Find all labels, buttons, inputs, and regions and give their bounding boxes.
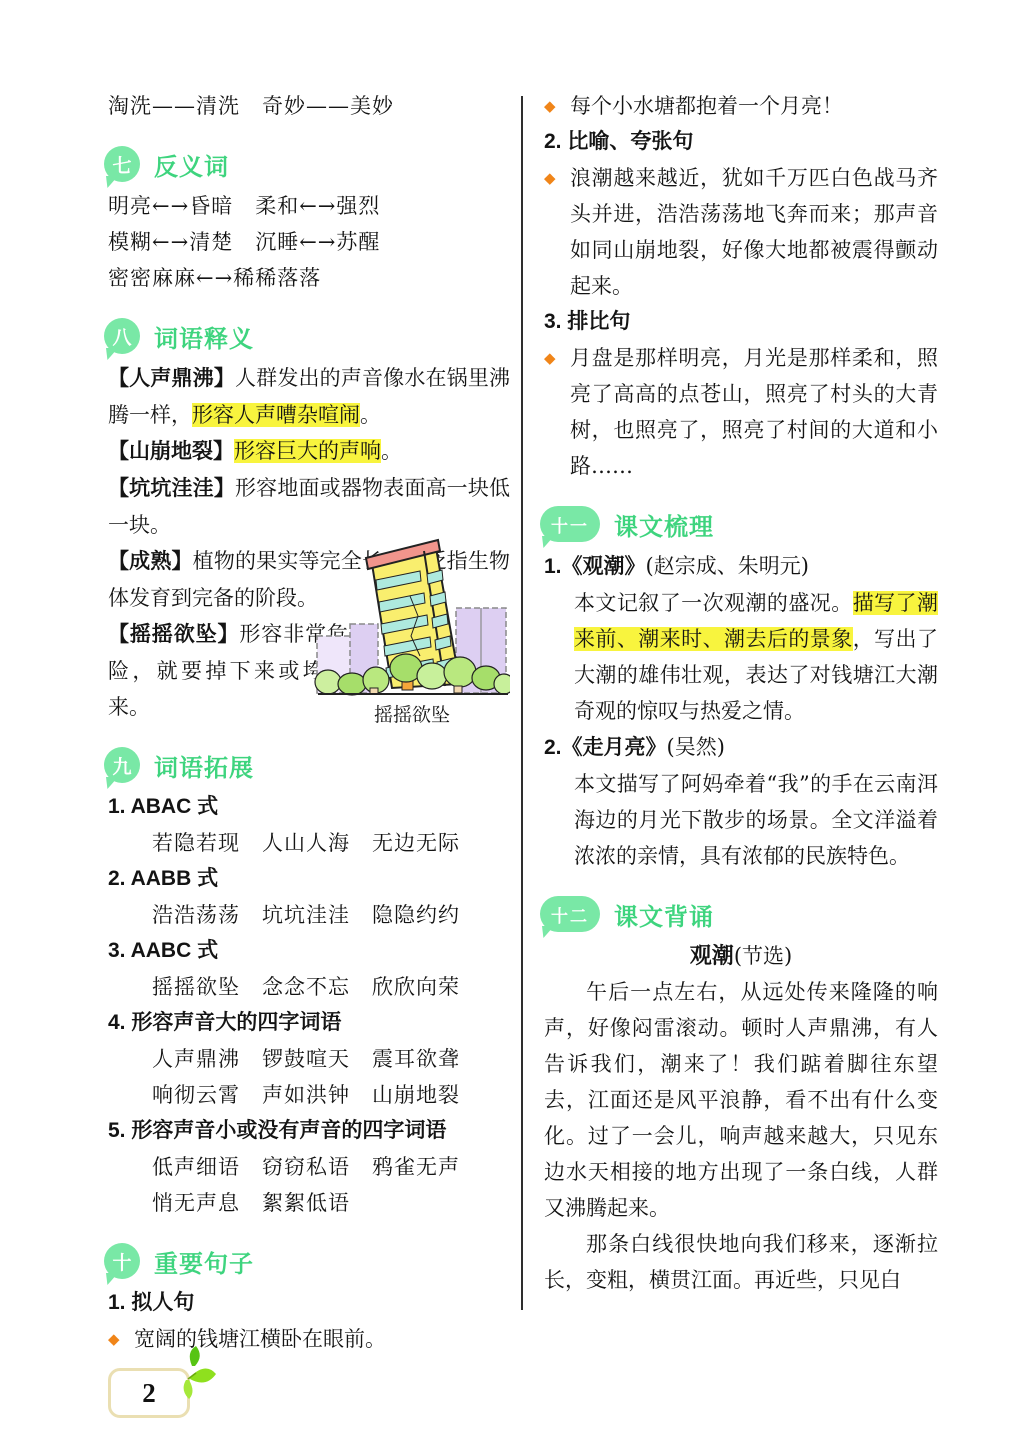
lesson-heading: 2.《走月亮》(吴然) [544, 729, 938, 766]
lesson-summary: 本文记叙了一次观潮的盛况。描写了潮来前、潮来时、潮去后的景象，写出了大潮的雄伟壮… [544, 585, 938, 729]
sentence-text: 月盘是那样明亮，月光是那样柔和，照亮了高高的点苍山，照亮了村头的大青树，也照亮了… [570, 340, 938, 484]
diamond-bullet-icon: ◆ [108, 1321, 134, 1357]
group-items: 人声鼎沸 锣鼓喧天 震耳欲聋 [108, 1041, 510, 1077]
recitation-paragraph: 那条白线很快地向我们移来，逐渐拉长，变粗，横贯江面。再近些，只见白 [544, 1226, 938, 1298]
column-divider [521, 96, 523, 1310]
antonym-line: 明亮←→昏暗 柔和←→强烈 [108, 188, 510, 224]
example-sentence: ◆ 每个小水塘都抱着一个月亮！ [544, 88, 938, 124]
section-8-title: 词语释义 [154, 319, 254, 354]
definition-renshengdingfei: 【人声鼎沸】人群发出的声音像水在锅里沸腾一样，形容人声嘈杂喧闹。 [108, 360, 510, 433]
lesson-title: 2.《走月亮》 [544, 736, 667, 759]
group-heading: 2. AABB 式 [108, 861, 510, 897]
highlighted-text: 形容人声嘈杂喧闹 [192, 403, 360, 427]
definition-shanbengdilie: 【山崩地裂】形容巨大的声响。 [108, 433, 510, 470]
recitation-title-main: 观潮 [690, 943, 734, 968]
right-column: ◆ 每个小水塘都抱着一个月亮！ 2. 比喻、夸张句 ◆ 浪潮越来越近，犹如千万匹… [544, 88, 938, 1298]
sentence-type-heading: 2. 比喻、夸张句 [544, 124, 938, 160]
left-column: 淘洗——清洗 奇妙——美妙 七 反义词 明亮←→昏暗 柔和←→强烈 模糊←→清楚… [108, 88, 510, 1357]
definition-term: 【成熟】 [108, 550, 193, 573]
section-7-header: 七 反义词 [104, 146, 510, 182]
sentence-type-heading: 1. 拟人句 [108, 1285, 510, 1321]
lesson-authors: (赵宗成、朱明元) [646, 554, 809, 578]
group-heading: 1. ABAC 式 [108, 789, 510, 825]
diamond-bullet-icon: ◆ [544, 160, 570, 304]
definition-text: 。 [360, 403, 381, 427]
recitation-title-sub: (节选) [734, 944, 792, 968]
section-11-header: 十一 课文梳理 [540, 506, 938, 542]
definition-yaoyaoyuzhui: 【摇摇欲坠】形容非常危险，就要掉下来或垮下来。 [108, 616, 348, 725]
section-10-title: 重要句子 [154, 1244, 254, 1279]
definition-term: 【人声鼎沸】 [108, 367, 235, 390]
sentence-text: 浪潮越来越近，犹如千万匹白色战马齐头并进，浩浩荡荡地飞奔而来；那声音如同山崩地裂… [570, 160, 938, 304]
section-9-header: 九 词语拓展 [104, 747, 510, 783]
lesson-summary: 本文描写了阿妈牵着“我”的手在云南洱海边的月光下散步的场景。全文洋溢着浓浓的亲情… [544, 766, 938, 874]
diamond-bullet-icon: ◆ [544, 340, 570, 484]
group-items: 低声细语 窃窃私语 鸦雀无声 [108, 1149, 510, 1185]
sentence-type-heading: 3. 排比句 [544, 304, 938, 340]
recitation-title: 观潮(节选) [544, 938, 938, 974]
figure-leaning-building: 摇摇欲坠 [314, 538, 510, 728]
section-12-header: 十二 课文背诵 [540, 896, 938, 932]
lesson-authors: (吴然) [667, 735, 725, 759]
group-items: 响彻云霄 声如洪钟 山崩地裂 [108, 1077, 510, 1113]
section-10-badge: 十 [104, 1243, 140, 1279]
example-sentence: ◆ 宽阔的钱塘江横卧在眼前。 [108, 1321, 510, 1357]
section-7-title: 反义词 [154, 147, 229, 182]
section-11-title: 课文梳理 [614, 507, 714, 542]
section-9-title: 词语拓展 [154, 748, 254, 783]
figure-caption: 摇摇欲坠 [314, 702, 510, 728]
section-8-header: 八 词语释义 [104, 318, 510, 354]
antonym-line: 模糊←→清楚 沉睡←→苏醒 [108, 224, 510, 260]
group-heading: 3. AABC 式 [108, 933, 510, 969]
section-8-badge: 八 [104, 318, 140, 354]
lesson-heading: 1.《观潮》(赵宗成、朱明元) [544, 548, 938, 585]
recitation-paragraph: 午后一点左右，从远处传来隆隆的响声，好像闷雷滚动。顿时人声鼎沸，有人告诉我们，潮… [544, 974, 938, 1226]
diamond-bullet-icon: ◆ [544, 88, 570, 124]
section-7-badge: 七 [104, 146, 140, 182]
group-heading: 5. 形容声音小或没有声音的四字词语 [108, 1113, 510, 1149]
definition-kengkengwawa: 【坑坑洼洼】形容地面或器物表面高一块低一块。 [108, 470, 510, 543]
synonym-pairs-line: 淘洗——清洗 奇妙——美妙 [108, 88, 510, 124]
group-items: 悄无声息 絮絮低语 [108, 1185, 510, 1221]
example-sentence: ◆ 浪潮越来越近，犹如千万匹白色战马齐头并进，浩浩荡荡地飞奔而来；那声音如同山崩… [544, 160, 938, 304]
section-12-title: 课文背诵 [614, 897, 714, 932]
section-12-badge: 十二 [540, 896, 600, 932]
highlighted-text: 形容巨大的声响 [234, 439, 381, 463]
group-items: 浩浩荡荡 坑坑洼洼 隐隐约约 [108, 897, 510, 933]
antonym-line: 密密麻麻←→稀稀落落 [108, 260, 510, 296]
sentence-text: 每个小水塘都抱着一个月亮！ [570, 88, 938, 124]
section-11-badge: 十一 [540, 506, 600, 542]
definition-term: 【摇摇欲坠】 [108, 623, 239, 646]
definition-term: 【山崩地裂】 [108, 440, 234, 463]
section-9-badge: 九 [104, 747, 140, 783]
group-items: 若隐若现 人山人海 无边无际 [108, 825, 510, 861]
group-heading: 4. 形容声音大的四字词语 [108, 1005, 510, 1041]
summary-text: 本文记叙了一次观潮的盛况。 [574, 591, 853, 615]
section-10-header: 十 重要句子 [104, 1243, 510, 1279]
example-sentence: ◆ 月盘是那样明亮，月光是那样柔和，照亮了高高的点苍山，照亮了村头的大青树，也照… [544, 340, 938, 484]
page-number: 2 [142, 1378, 156, 1409]
leaf-decoration-icon [174, 1346, 218, 1400]
definition-term: 【坑坑洼洼】 [108, 477, 235, 500]
group-items: 摇摇欲坠 念念不忘 欣欣向荣 [108, 969, 510, 1005]
definition-text: 。 [381, 439, 402, 463]
leaning-building-illustration [314, 538, 510, 696]
textbook-page: 淘洗——清洗 奇妙——美妙 七 反义词 明亮←→昏暗 柔和←→强烈 模糊←→清楚… [0, 0, 1022, 1453]
lesson-title: 1.《观潮》 [544, 555, 646, 578]
